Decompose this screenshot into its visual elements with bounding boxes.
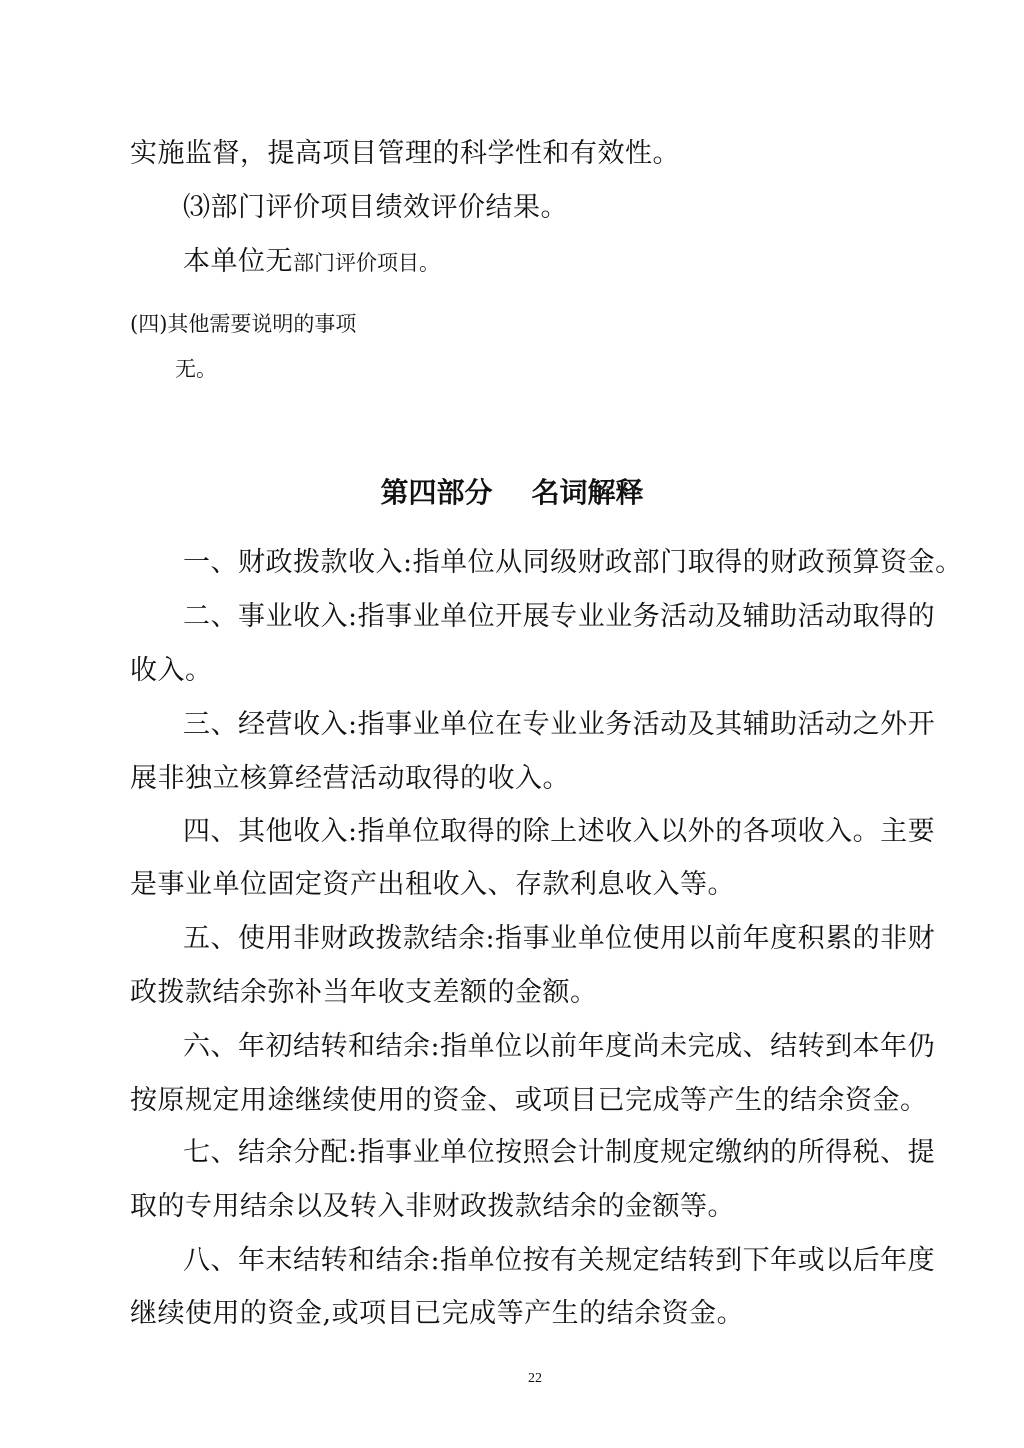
definition-1-line-1: 一、财政拨款收入:指单位从同级财政部门取得的财政预算资金。	[183, 547, 963, 579]
definition-3-line-1: 三、经营收入:指事业单位在专业业务活动及其辅助活动之外开	[183, 709, 935, 741]
definition-5-line-1: 五、使用非财政拨款结余:指事业单位使用以前年度积累的非财	[183, 923, 935, 955]
part-4-heading: 第四部分 名词解释	[0, 476, 1024, 510]
definition-4-line-2: 是事业单位固定资产出租收入、存款利息收入等。	[130, 869, 735, 901]
item-3-heading: ⑶部门评价项目绩效评价结果。	[183, 192, 568, 224]
section-4-heading: (四)其他需要说明的事项	[130, 311, 356, 337]
definition-7-line-2: 取的专用结余以及转入非财政拨款结余的金额等。	[130, 1191, 735, 1223]
page-number: 22	[0, 1371, 1024, 1387]
item-3-text: 本单位无部门评价项目。	[183, 246, 440, 278]
section-4-text: 无。	[175, 356, 217, 382]
definition-2-line-2: 收入。	[130, 655, 213, 687]
continuation-paragraph: 实施监督，提高项目管理的科学性和有效性。	[130, 138, 680, 170]
definition-6-line-1: 六、年初结转和结余:指单位以前年度尚未完成、结转到本年仍	[183, 1031, 935, 1063]
item-3-text-part2: 部门评价项目。	[293, 251, 440, 275]
definition-5-line-2: 政拨款结余弥补当年收支差额的金额。	[130, 977, 598, 1009]
item-3-text-part1: 本单位无	[183, 246, 293, 277]
definition-8-line-2: 继续使用的资金,或项目已完成等产生的结余资金。	[130, 1298, 744, 1330]
definition-2-line-1: 二、事业收入:指事业单位开展专业业务活动及辅助活动取得的	[183, 601, 935, 633]
definition-4-line-1: 四、其他收入:指单位取得的除上述收入以外的各项收入。主要	[183, 816, 935, 848]
definition-3-line-2: 展非独立核算经营活动取得的收入。	[130, 763, 570, 795]
document-page: 实施监督，提高项目管理的科学性和有效性。 ⑶部门评价项目绩效评价结果。 本单位无…	[0, 0, 1024, 1448]
definition-6-line-2: 按原规定用途继续使用的资金、或项目已完成等产生的结余资金。	[130, 1085, 928, 1117]
definition-7-line-1: 七、结余分配:指事业单位按照会计制度规定缴纳的所得税、提	[183, 1137, 935, 1169]
definition-8-line-1: 八、年末结转和结余:指单位按有关规定结转到下年或以后年度	[183, 1245, 935, 1277]
